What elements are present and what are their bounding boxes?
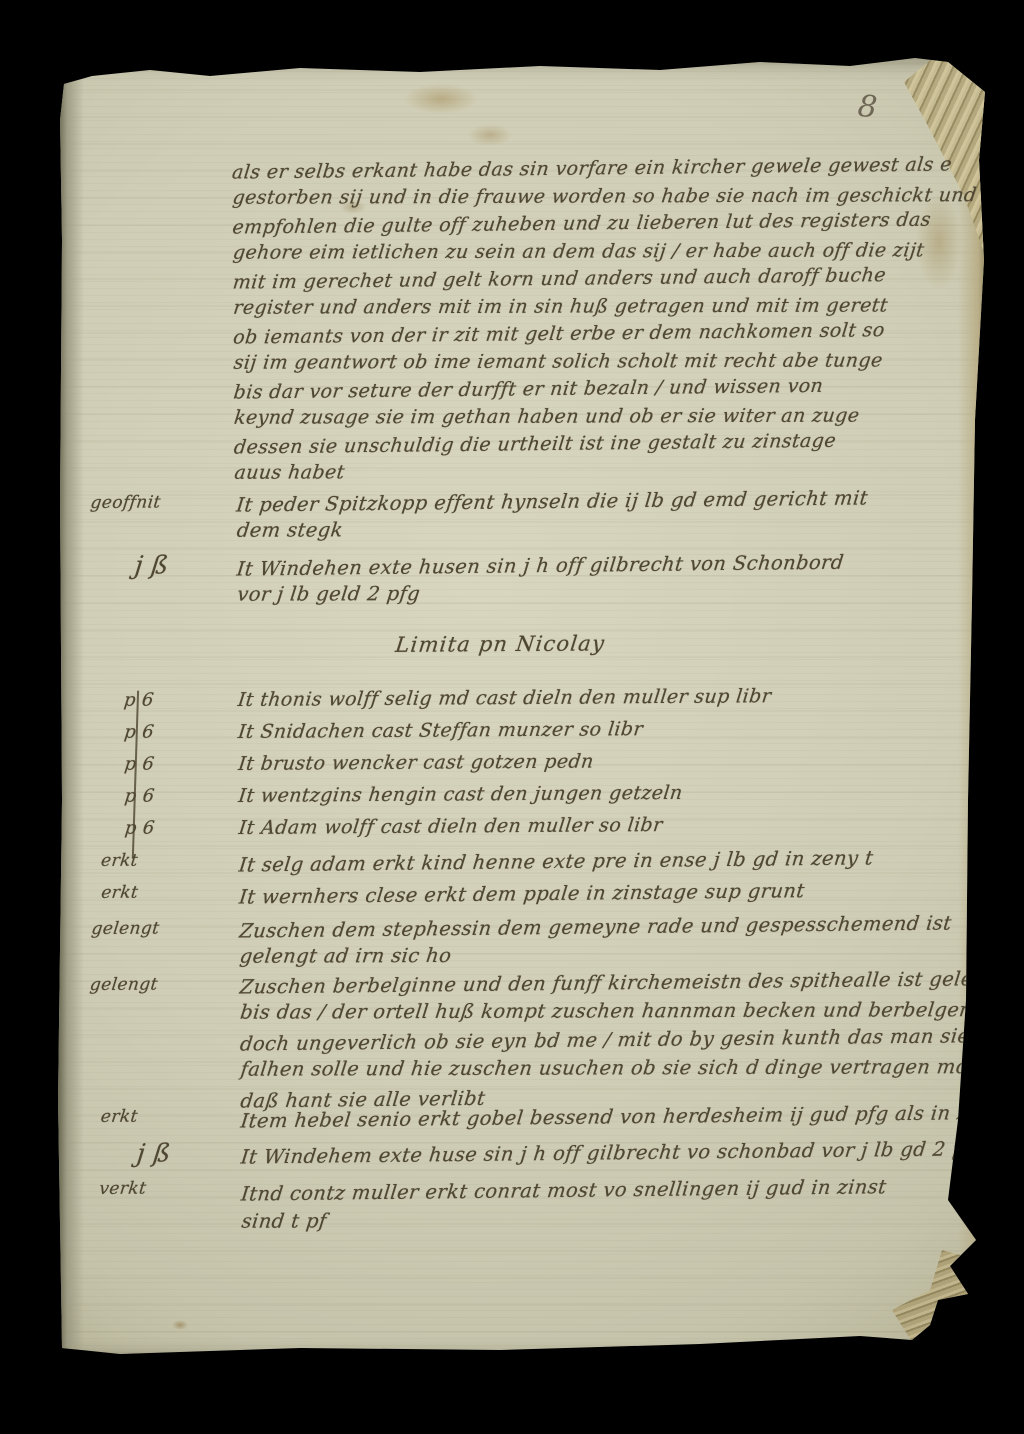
text-line: It thonis wolff selig md cast dieln den … [236, 680, 773, 716]
text-line: It brusto wencker cast gotzen pedn [237, 745, 596, 780]
photo-background: 8 als er selbs erkant habe das sin vorfa… [0, 0, 1024, 1434]
margin-note: erkt [100, 851, 139, 871]
text-line: sind t pf [240, 1204, 973, 1237]
text-line: dem stegk [235, 514, 968, 545]
margin-mark: p 6 [123, 812, 183, 844]
margin-mark: p 6 [123, 780, 183, 812]
register-entry: erkt It wernhers clese erkt dem ppale in… [239, 877, 969, 910]
register-entry: j ß It Windehen exte husen sin j h off g… [237, 549, 967, 610]
margin-note: geoffnit [89, 492, 162, 513]
register-entry: erkt Item hebel senio erkt gobel bessend… [241, 1101, 971, 1134]
section-heading: Limita pn Nicolay [394, 631, 606, 656]
margin-note: j ß [135, 1138, 172, 1167]
register-entry: gelengt Zuschen dem stephessin dem gemey… [239, 911, 969, 972]
register-entry: geoffnit It peder Spitzkopp effent hynse… [236, 485, 966, 546]
margin-note: erkt [100, 1107, 139, 1127]
margin-note: j ß [133, 550, 170, 579]
folio-number: 8 [856, 89, 878, 126]
text-line: It Adam wolff cast dieln den muller so l… [237, 809, 665, 844]
text-line: It Windehem exte huse sin j h off gilbre… [239, 1135, 972, 1171]
census-list: p 6 It thonis wolff selig md cast dieln … [124, 679, 965, 845]
list-item: p 6 It Adam wolff cast dieln den muller … [125, 807, 965, 845]
register-entry: verkt Itnd contz muller erkt conrat most… [241, 1173, 971, 1238]
margin-note: gelengt [90, 919, 160, 939]
text-line: It wernhers clese erkt dem ppale in zins… [238, 875, 971, 911]
register-entry: gelengt Zuschen berbelginne und den funf… [240, 967, 971, 1114]
register-entry: erkt It selg adam erkt kind henne exte p… [239, 845, 969, 878]
margin-mark: p 6 [122, 684, 182, 716]
manuscript-page: 8 als er selbs erkant habe das sin vorfa… [44, 54, 992, 1360]
text-line: It wentzgins hengin cast den jungen getz… [237, 777, 685, 812]
margin-note: verkt [98, 1179, 147, 1199]
margin-note: gelengt [89, 975, 159, 995]
text-line: It selg adam erkt kind henne exte pre in… [237, 843, 970, 879]
register-entry: j ß It Windehem exte huse sin j h off gi… [241, 1137, 971, 1170]
text-line: It Snidachen cast Steffan munzer so libr [236, 713, 645, 748]
text-line: Item hebel senio erkt gobel bessend von … [239, 1099, 972, 1135]
main-paragraph: als er selbs erkant habe das sin vorfare… [232, 153, 954, 488]
margin-mark: p 6 [123, 748, 183, 780]
handwritten-content: 8 als er selbs erkant habe das sin vorfa… [39, 51, 996, 1364]
text-line: vor j lb geld 2 pfg [236, 578, 969, 609]
margin-mark: p 6 [122, 716, 182, 748]
text-line: auus habet [233, 457, 956, 487]
margin-note: erkt [100, 883, 139, 903]
